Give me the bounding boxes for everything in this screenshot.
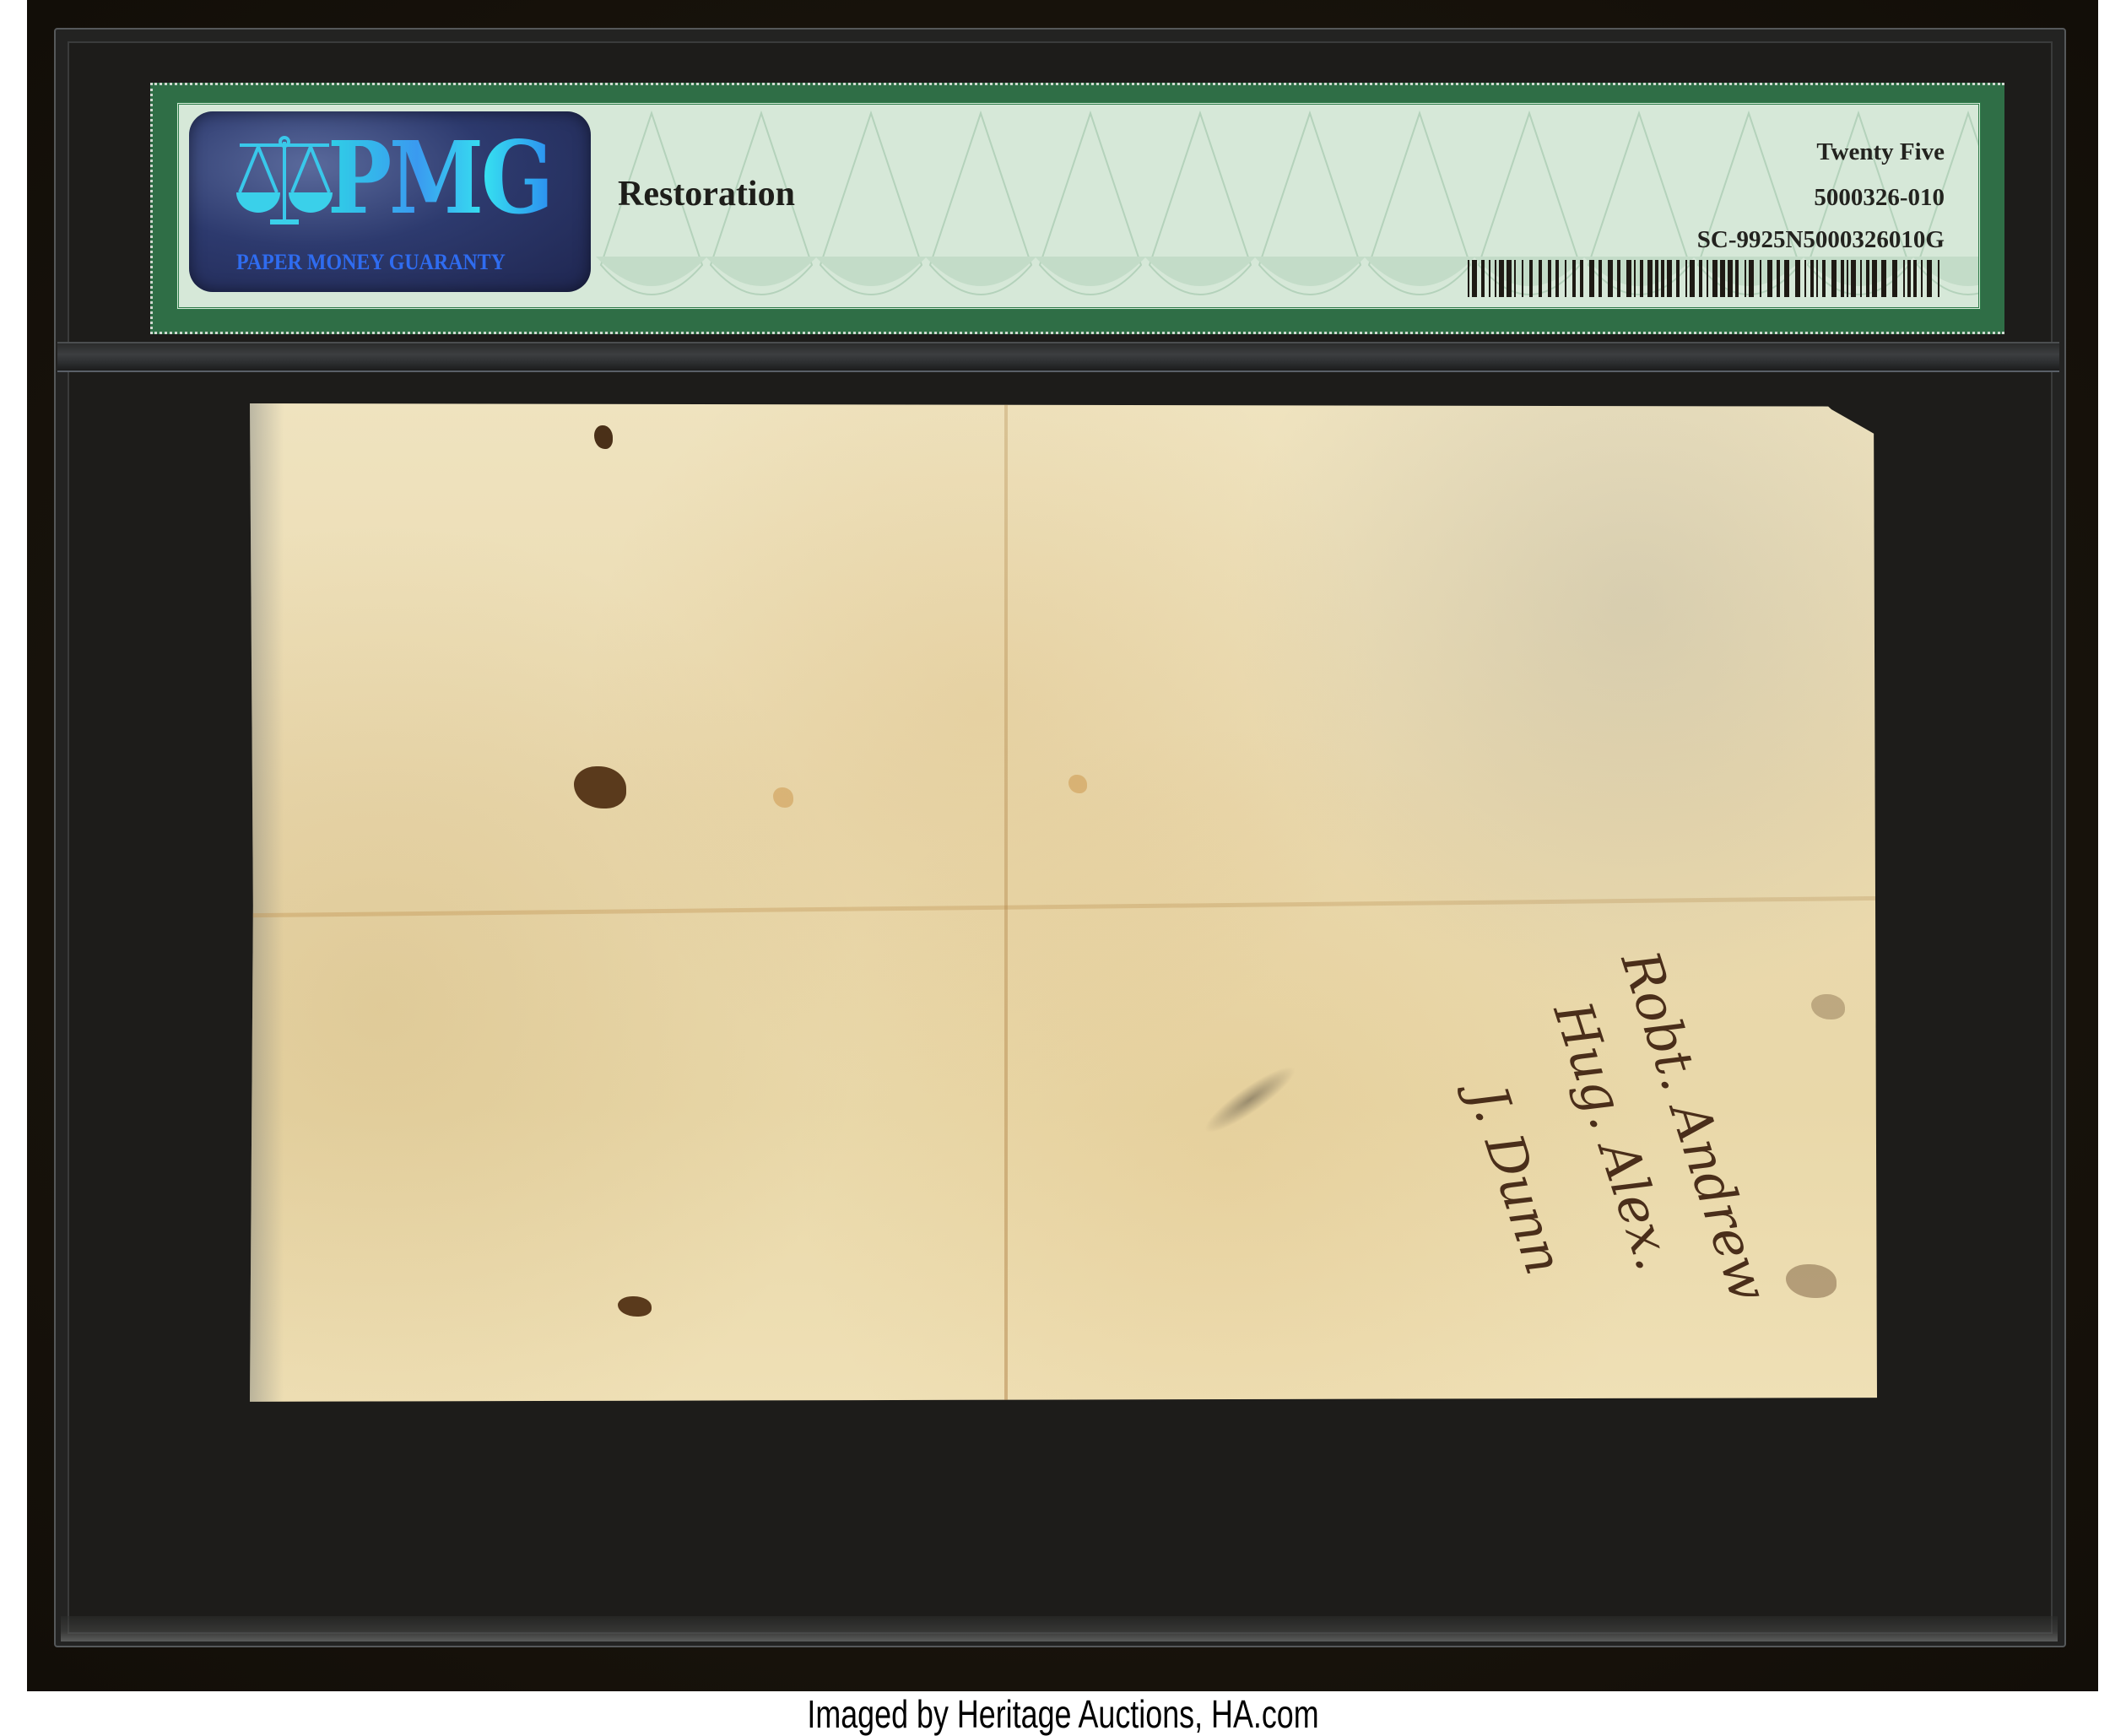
barcode-bar [1777, 260, 1780, 297]
barcode-bar [1495, 260, 1496, 297]
barcode-bar [1816, 260, 1818, 297]
barcode-bar [1728, 260, 1733, 297]
barcode-bar [1572, 260, 1576, 297]
signature-line: J. Dunn [1458, 1079, 1576, 1281]
horizontal-fold [250, 896, 1877, 917]
barcode-bar [1938, 260, 1939, 297]
barcode-bar [1548, 260, 1551, 297]
scales-of-justice-icon [233, 135, 336, 230]
barcode-bar [1907, 260, 1911, 297]
barcode-bar [1514, 260, 1516, 297]
barcode-bar [1804, 260, 1806, 297]
barcode-bar [1881, 260, 1886, 297]
pmg-logo-text: PMG [327, 123, 551, 233]
barcode-bar [1903, 260, 1905, 297]
barcode-bar [1913, 260, 1917, 297]
barcode-bar [1676, 260, 1680, 297]
barcode-bar [1749, 260, 1754, 297]
barcode-bar [1822, 260, 1826, 297]
foxing-spot [1786, 1264, 1837, 1298]
barcode-bar [1655, 260, 1658, 297]
barcode-bar [1690, 260, 1695, 297]
barcode-bar [1892, 260, 1897, 297]
barcode-bar [1810, 260, 1814, 297]
holder-ridge [57, 342, 2059, 372]
label-panel: PMG PAPER MONEY GUARANTY Restoration Twe… [176, 102, 1981, 310]
barcode-bar [1831, 260, 1837, 297]
barcode-bar [1745, 260, 1746, 297]
pmg-hologram: PMG PAPER MONEY GUARANTY [189, 111, 591, 292]
banknote-back: Robt. Andrew Hug. Alex. J. Dunn [250, 403, 1877, 1408]
barcode-bar [1720, 260, 1725, 297]
barcode-bar [1608, 260, 1613, 297]
barcode-bar [1760, 260, 1761, 297]
barcode-bar [1712, 260, 1718, 297]
barcode-bar [1617, 260, 1620, 297]
foxing-spot [1068, 775, 1087, 793]
barcode-bar [1599, 260, 1602, 297]
cert-number: 5000326-010 [1697, 186, 1945, 210]
grade-designation: Restoration [618, 174, 795, 214]
barcode-bar [1921, 260, 1923, 297]
barcode-bar [1860, 260, 1862, 297]
barcode-bar [1872, 260, 1877, 297]
barcode-bar [1927, 260, 1932, 297]
barcode-bar [1468, 260, 1469, 297]
ink-stain [594, 425, 613, 449]
holder-bottom-lip [61, 1616, 2058, 1641]
barcode-bar [1847, 260, 1848, 297]
barcode-bar [1565, 260, 1566, 297]
barcode-bar [1841, 260, 1844, 297]
barcode-bar [1481, 260, 1485, 297]
handwritten-signatures: Robt. Andrew Hug. Alex. J. Dunn [1423, 944, 1710, 1399]
barcode-bar [1634, 260, 1636, 297]
foxing-spot [773, 787, 793, 808]
barcode-bar [1685, 260, 1687, 297]
barcode-bar [1707, 260, 1708, 297]
pmg-tagline: PAPER MONEY GUARANTY [236, 250, 506, 275]
barcode-bar [1626, 260, 1631, 297]
barcode-bar [1647, 260, 1653, 297]
barcode-bar [1784, 260, 1789, 297]
barcode-bar [1640, 260, 1643, 297]
barcode-bar [1580, 260, 1583, 297]
barcode-bar [1555, 260, 1559, 297]
note-edge-shadow [250, 403, 284, 1408]
graphite-smudge [1198, 1057, 1302, 1141]
denomination: Twenty Five [1697, 140, 1945, 165]
ink-stain [618, 1296, 652, 1317]
barcode-bar [1499, 260, 1504, 297]
barcode-bar [1522, 260, 1523, 297]
barcode-bar [1539, 260, 1542, 297]
barcode [1468, 260, 1945, 297]
barcode-bar [1667, 260, 1672, 297]
barcode-bar [1699, 260, 1702, 297]
barcode-bar [1489, 260, 1490, 297]
barcode-bar [1795, 260, 1800, 297]
barcode-bar [1661, 260, 1664, 297]
ink-stain [574, 766, 626, 809]
barcode-bar [1851, 260, 1856, 297]
barcode-bar [1507, 260, 1512, 297]
label-info: Twenty Five 5000326-010 SC-9925N50003260… [1697, 140, 1945, 252]
barcode-bar [1767, 260, 1772, 297]
barcode-bar [1589, 260, 1594, 297]
image-credit-caption: Imaged by Heritage Auctions, HA.com [234, 1693, 1892, 1735]
barcode-bar [1472, 260, 1477, 297]
barcode-bar [1866, 260, 1869, 297]
foxing-spot [1811, 994, 1845, 1019]
catalog-code: SC-9925N5000326010G [1697, 228, 1945, 252]
grading-label: PMG PAPER MONEY GUARANTY Restoration Twe… [150, 83, 2004, 334]
barcode-bar [1735, 260, 1739, 297]
barcode-bar [1529, 260, 1533, 297]
